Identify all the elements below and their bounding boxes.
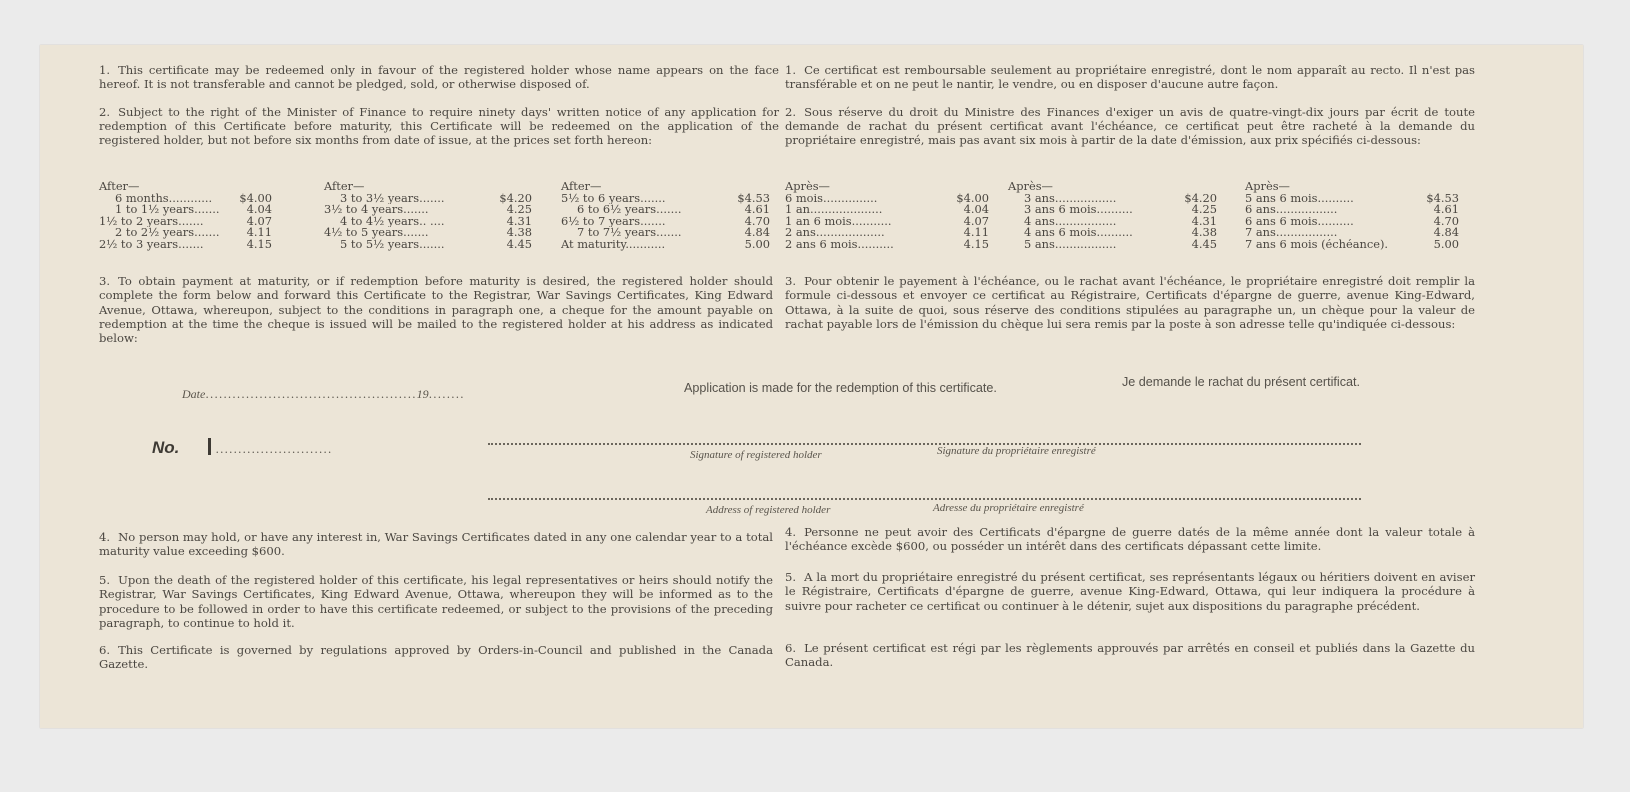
rate-row: 2 ans 6 mois..........4.15 xyxy=(785,239,989,251)
para-number: 3. xyxy=(785,274,796,288)
rates-fr-table-2: Après— 3 ans.................$4.20 3 ans… xyxy=(1008,181,1217,251)
number-label: No. xyxy=(152,438,179,457)
para-text: A la mort du propriétaire enregistré du … xyxy=(785,570,1475,613)
number-dotted-line[interactable]: .......................... xyxy=(215,443,332,456)
application-statement-fr: Je demande le rachat du présent certific… xyxy=(1122,375,1360,389)
rate-row: 6 ans 6 mois..........4.70 xyxy=(1245,216,1459,228)
en-paragraph-1: 1.This certificate may be redeemed only … xyxy=(99,63,779,92)
para-number: 4. xyxy=(99,530,110,544)
para-number: 3. xyxy=(99,274,110,288)
para-text: This Certificate is governed by regulati… xyxy=(99,643,773,671)
para-number: 6. xyxy=(785,641,796,655)
fr-paragraph-6: 6.Le présent certificat est régi par les… xyxy=(785,641,1475,670)
fr-paragraph-1: 1.Ce certificat est remboursable seuleme… xyxy=(785,63,1475,92)
address-label-fr: Adresse du propriétaire enregistré xyxy=(933,502,1084,514)
address-label-en: Address of registered holder xyxy=(706,504,830,516)
rate-row: 7 ans.................4.84 xyxy=(1245,227,1459,239)
para-text: Le présent certificat est régi par les r… xyxy=(785,641,1475,669)
rate-row: 2 ans...................4.11 xyxy=(785,227,989,239)
rate-row: 7 ans 6 mois (échéance).5.00 xyxy=(1245,239,1459,251)
para-number: 2. xyxy=(99,105,110,119)
en-paragraph-3: 3.To obtain payment at maturity, or if r… xyxy=(99,274,773,345)
para-text: Pour obtenir le payement à l'échéance, o… xyxy=(785,274,1475,331)
para-number: 5. xyxy=(785,570,796,584)
en-paragraph-5: 5.Upon the death of the registered holde… xyxy=(99,573,773,630)
rate-row: 6 ans.................4.61 xyxy=(1245,204,1459,216)
para-number: 4. xyxy=(785,525,796,539)
para-text: To obtain payment at maturity, or if red… xyxy=(99,274,773,345)
fr-paragraph-2: 2.Sous réserve du droit du Ministre des … xyxy=(785,105,1475,148)
number-marker xyxy=(208,438,211,455)
year-prefix: 19 xyxy=(417,387,429,401)
fr-paragraph-3: 3.Pour obtenir le payement à l'échéance,… xyxy=(785,274,1475,331)
fr-paragraph-5: 5.A la mort du propriétaire enregistré d… xyxy=(785,570,1475,613)
application-statement-en: Application is made for the redemption o… xyxy=(684,381,997,395)
signature-line[interactable] xyxy=(488,443,1361,445)
para-text: No person may hold, or have any interest… xyxy=(99,530,773,558)
para-number: 2. xyxy=(785,105,796,119)
para-text: This certificate may be redeemed only in… xyxy=(99,63,779,91)
rate-row: 4 ans 6 mois..........4.38 xyxy=(1008,227,1217,239)
date-field[interactable]: Date....................................… xyxy=(182,387,465,402)
fr-paragraph-4: 4.Personne ne peut avoir des Certificats… xyxy=(785,525,1475,554)
rates-en-table-2: After— 3 to 3½ years.......$4.20 3½ to 4… xyxy=(324,181,532,251)
rate-row: 1 an 6 mois...........4.07 xyxy=(785,216,989,228)
rate-row: 4½ to 5 years.......4.38 xyxy=(324,227,532,239)
year-dotted-line[interactable]: ........ xyxy=(429,388,465,401)
rate-row: 5 to 5½ years.......4.45 xyxy=(324,239,532,251)
para-text: Sous réserve du droit du Ministre des Fi… xyxy=(785,105,1475,148)
para-text: Ce certificat est remboursable seulement… xyxy=(785,63,1475,91)
en-paragraph-6: 6.This Certificate is governed by regula… xyxy=(99,643,773,672)
english-terms-top: 1.This certificate may be redeemed only … xyxy=(99,63,779,147)
rates-fr-table-1: Après— 6 mois...............$4.00 1 an..… xyxy=(785,181,989,251)
rate-row: 2½ to 3 years.......4.15 xyxy=(99,239,272,251)
rate-row: At maturity...........5.00 xyxy=(561,239,770,251)
rate-row: 6½ to 7 years.......4.70 xyxy=(561,216,770,228)
rates-en-table-1: After— 6 months............$4.00 1 to 1½… xyxy=(99,181,272,251)
para-number: 5. xyxy=(99,573,110,587)
rate-row: 1 an....................4.04 xyxy=(785,204,989,216)
french-terms-top: 1.Ce certificat est remboursable seuleme… xyxy=(785,63,1475,147)
para-text: Upon the death of the registered holder … xyxy=(99,573,773,630)
para-text: Subject to the right of the Minister of … xyxy=(99,105,779,148)
signature-label-fr: Signature du propriétaire enregistré xyxy=(937,445,1096,457)
address-line[interactable] xyxy=(488,498,1361,500)
rate-row: 3½ to 4 years.......4.25 xyxy=(324,204,532,216)
para-number: 1. xyxy=(99,63,110,77)
rates-en-table-3: After— 5½ to 6 years.......$4.53 6 to 6½… xyxy=(561,181,770,251)
certificate-number-field[interactable]: No. .......................... xyxy=(152,438,332,458)
rates-fr-table-3: Après— 5 ans 6 mois..........$4.53 6 ans… xyxy=(1245,181,1459,251)
para-number: 6. xyxy=(99,643,110,657)
rate-row: 5½ to 6 years.......$4.53 xyxy=(561,193,770,205)
en-paragraph-2: 2.Subject to the right of the Minister o… xyxy=(99,105,779,148)
rate-row: 6 to 6½ years.......4.61 xyxy=(561,204,770,216)
rate-row: 7 to 7½ years.......4.84 xyxy=(561,227,770,239)
rate-row: 4 to 4½ years.. ....4.31 xyxy=(324,216,532,228)
rate-row: 3 to 3½ years.......$4.20 xyxy=(324,193,532,205)
rate-row: 5 ans 6 mois..........$4.53 xyxy=(1245,193,1459,205)
para-number: 1. xyxy=(785,63,796,77)
rate-row: 6 mois...............$4.00 xyxy=(785,193,989,205)
rate-row: 3 ans.................$4.20 xyxy=(1008,193,1217,205)
certificate-paper: 1.This certificate may be redeemed only … xyxy=(40,45,1583,728)
rate-row: 3 ans 6 mois..........4.25 xyxy=(1008,204,1217,216)
para-text: Personne ne peut avoir des Certificats d… xyxy=(785,525,1475,553)
date-label: Date xyxy=(182,387,205,401)
rate-row: 5 ans.................4.45 xyxy=(1008,239,1217,251)
en-paragraph-4: 4.No person may hold, or have any intere… xyxy=(99,530,773,559)
rate-row: 4 ans.................4.31 xyxy=(1008,216,1217,228)
signature-label-en: Signature of registered holder xyxy=(690,449,822,461)
date-dotted-line[interactable]: ........................................… xyxy=(205,388,416,401)
